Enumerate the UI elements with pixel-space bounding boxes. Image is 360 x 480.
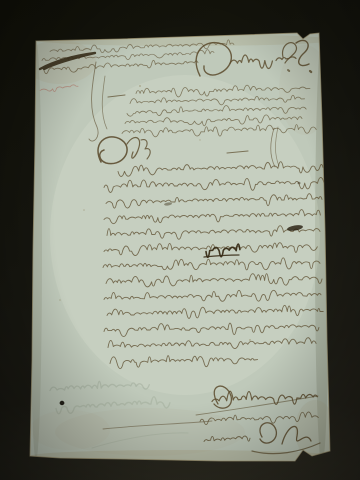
- foxing-speck: [199, 139, 200, 140]
- ink-blot: [60, 401, 65, 405]
- paper-stain: [50, 75, 320, 395]
- ink-flourish: [288, 70, 289, 71]
- manuscript-canvas: [0, 0, 360, 480]
- paper-stain: [30, 410, 110, 450]
- foxing-speck: [59, 299, 61, 301]
- paper-stain: [30, 40, 42, 460]
- ink-flourish: [310, 71, 311, 72]
- paper-stain: [35, 34, 335, 46]
- manuscript-photo: [0, 0, 360, 480]
- ink-blot: [298, 182, 301, 185]
- foxing-speck: [83, 209, 85, 211]
- foxing-speck: [139, 85, 141, 87]
- foxing-speck: [249, 339, 251, 341]
